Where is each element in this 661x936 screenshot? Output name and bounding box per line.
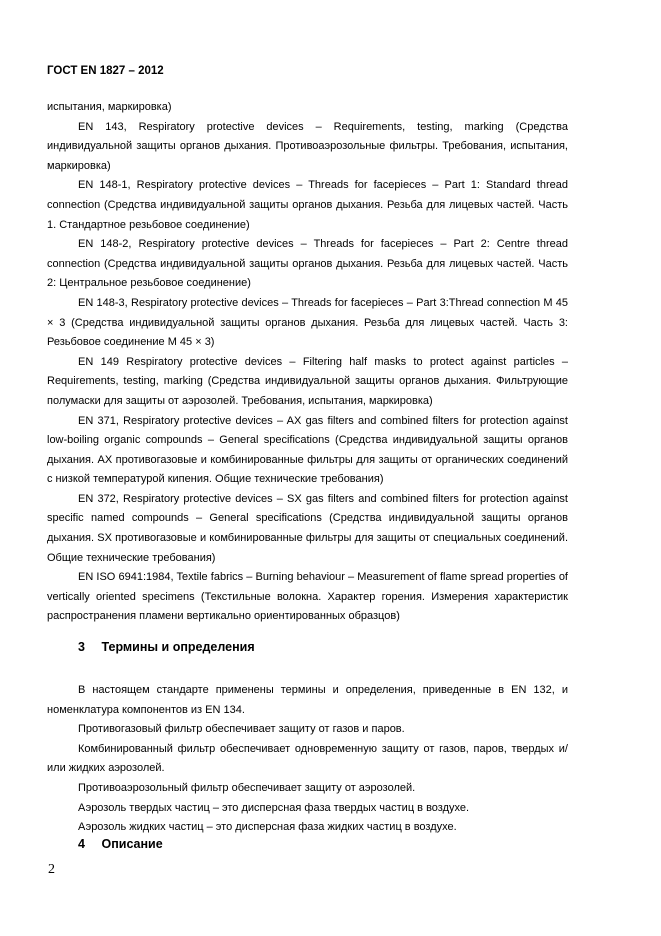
document-header: ГОСТ EN 1827 – 2012 (47, 63, 164, 79)
normative-references-list: испытания, маркировка) EN 143, Respirato… (47, 98, 568, 627)
section-number: 3 (78, 639, 98, 655)
reference-item: EN 371, Respiratory protective devices –… (47, 412, 568, 490)
reference-item: EN 148-2, Respiratory protective devices… (47, 235, 568, 294)
page-number: 2 (48, 861, 55, 879)
reference-item: EN 143, Respiratory protective devices –… (47, 118, 568, 177)
definition-paragraph: Аэрозоль жидких частиц – это дисперсная … (47, 818, 568, 838)
definition-paragraph: В настоящем стандарте применены термины … (47, 681, 568, 720)
reference-item: EN 372, Respiratory protective devices –… (47, 490, 568, 568)
reference-continuation: испытания, маркировка) (47, 98, 568, 118)
reference-item: EN ISO 6941:1984, Textile fabrics – Burn… (47, 568, 568, 627)
definition-paragraph: Комбинированный фильтр обеспечивает одно… (47, 740, 568, 779)
section-number: 4 (78, 836, 98, 852)
section-heading-4: 4 Описание (78, 836, 163, 852)
reference-item: EN 148-1, Respiratory protective devices… (47, 176, 568, 235)
reference-item: EN 149 Respiratory protective devices – … (47, 353, 568, 412)
reference-item: EN 148-3, Respiratory protective devices… (47, 294, 568, 353)
section-3-body: В настоящем стандарте применены термины … (47, 681, 568, 838)
definition-paragraph: Аэрозоль твердых частиц – это дисперсная… (47, 799, 568, 819)
definition-paragraph: Противоаэрозольный фильтр обеспечивает з… (47, 779, 568, 799)
section-title: Описание (101, 837, 162, 851)
definition-paragraph: Противогазовый фильтр обеспечивает защит… (47, 720, 568, 740)
section-title: Термины и определения (101, 640, 254, 654)
section-heading-3: 3 Термины и определения (78, 639, 255, 655)
